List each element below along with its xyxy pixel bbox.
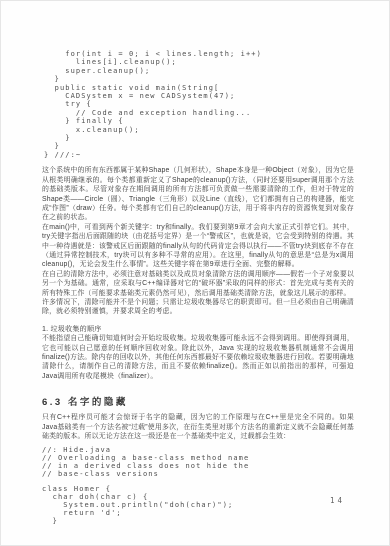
- paragraph-cleanup-order: 在自己的清除方法中，必须注意对基础类以及成员对象清除方法的调用顺序——假若一个子…: [42, 270, 354, 298]
- code-block-cleanup-example: for(int i = 0; i < lines.length; i++) li…: [0, 0, 390, 159]
- page-number: 14: [330, 496, 345, 505]
- paragraph-try-finally: 在main()中，可看到两个新关键字：try和finally。我们要到第9章才会…: [42, 223, 354, 270]
- code-line: return 'd';: [42, 510, 390, 518]
- code-line: x.cleanup();: [44, 126, 390, 134]
- code-line: super.cleanup();: [44, 67, 390, 75]
- code-line: }: [44, 142, 390, 150]
- code-line: CADSystem x = new CADSystem(47);: [44, 92, 390, 100]
- code-line: try {: [44, 100, 390, 108]
- code-line: for(int i = 0; i < lines.length; i++): [44, 50, 390, 58]
- body-text: 这个系统中的所有东西都属于某种Shape（几何形状），Shape本身是一种Obj…: [0, 159, 390, 381]
- scanned-book-page: { "page": { "number": "14" }, "code_top"…: [0, 0, 390, 546]
- paragraph-gc-note: 许多情况下，清除可能并不是个问题；只需让垃圾收集器尽它的职责即可。但一旦必须由自…: [42, 298, 354, 317]
- paragraph-shape-cleanup: 这个系统中的所有东西都属于某种Shape（几何形状），Shape本身是一种Obj…: [42, 166, 354, 222]
- code-line: public static void main(String[: [44, 84, 390, 92]
- code-line: // base-class versions: [42, 471, 390, 479]
- section-body-text: 只有C++程序员可能才会惊讶于名字的隐藏，因为它的工作原理与在C++里是完全不同…: [0, 413, 390, 441]
- section-heading-6-3: 6.3 名字的隐藏: [42, 394, 390, 408]
- code-line: }: [44, 134, 390, 142]
- paragraph-gc-order-detail: 不能指望自己能确切知道何时会开始垃圾收集。垃圾收集器可能永远不会得到调用。即使得…: [42, 334, 354, 381]
- code-line: lines[i].cleanup();: [44, 58, 390, 66]
- code-line: }: [44, 75, 390, 83]
- code-line: } ///:~: [44, 151, 390, 159]
- subsection-heading-gc-order: 1. 垃圾收集的顺序: [42, 325, 354, 334]
- code-line: }: [42, 518, 390, 526]
- code-block-hide-java: //: Hide.java // Overloading a base-clas…: [0, 441, 390, 525]
- code-line: // Code and exception handling...: [44, 109, 390, 117]
- code-line: } finally {: [44, 117, 390, 125]
- paragraph-name-hiding: 只有C++程序员可能才会惊讶于名字的隐藏，因为它的工作原理与在C++里是完全不同…: [42, 413, 354, 441]
